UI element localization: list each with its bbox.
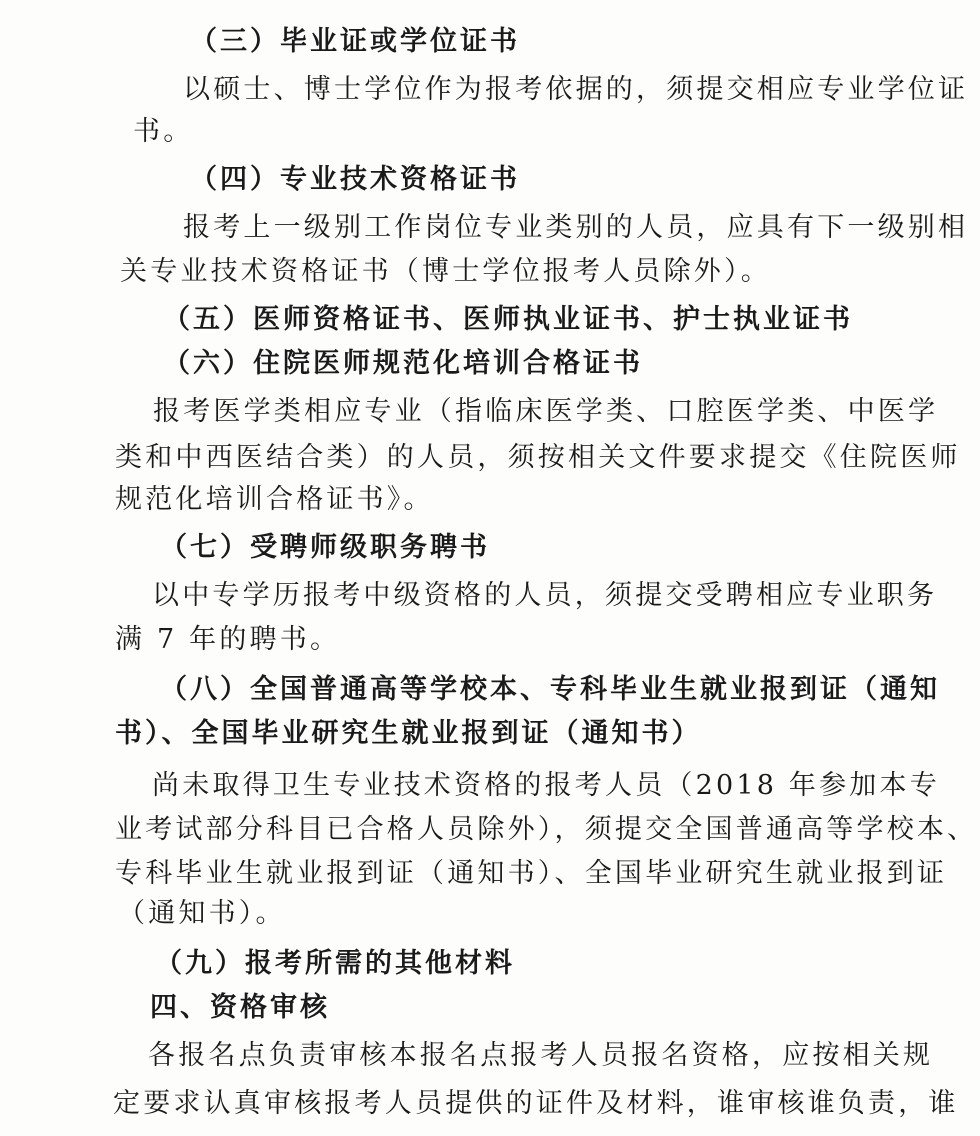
paragraph-line: 各报名点负责审核本报名点报考人员报名资格，应按相关规 bbox=[148, 1039, 933, 1073]
paragraph-line: 关专业技术资格证书（博士学位报考人员除外）。 bbox=[120, 255, 771, 289]
heading-employment-letter: （七）受聘师级职务聘书 bbox=[160, 531, 490, 565]
paragraph-line: 以硕士、博士学位作为报考依据的，须提交相应专业学位证 bbox=[183, 73, 968, 107]
heading-graduation-certificate: （三）毕业证或学位证书 bbox=[190, 25, 520, 59]
document-page: （三）毕业证或学位证书 以硕士、博士学位作为报考依据的，须提交相应专业学位证 书… bbox=[0, 0, 980, 1136]
paragraph-line: 尚未取得卫生专业技术资格的报考人员（2018 年参加本专 bbox=[152, 769, 940, 803]
paragraph-line: 定要求认真审核报考人员提供的证件及材料，谁审核谁负责，谁 bbox=[113, 1087, 959, 1121]
paragraph-line: 专科毕业生就业报到证（通知书）、全国毕业研究生就业报到证 bbox=[115, 857, 947, 891]
paragraph-line: 规范化培训合格证书》。 bbox=[115, 483, 434, 517]
heading-graduate-report-card-cont: 书）、全国毕业研究生就业报到证（通知书） bbox=[115, 717, 702, 751]
paragraph-line: 业考试部分科目已合格人员除外），须提交全国普通高等学校本、 bbox=[115, 813, 977, 847]
paragraph-line: 类和中西医结合类）的人员，须按相关文件要求提交《住院医师 bbox=[115, 441, 961, 475]
section-title-qualification-review: 四、资格审核 bbox=[150, 991, 330, 1025]
heading-graduate-report-card: （八）全国普通高等学校本、专科毕业生就业报到证（通知 bbox=[160, 673, 940, 707]
paragraph-line: 书。 bbox=[133, 115, 193, 149]
heading-physician-certificates: （五）医师资格证书、医师执业证书、护士执业证书 bbox=[163, 303, 853, 337]
heading-professional-qualification: （四）专业技术资格证书 bbox=[190, 163, 520, 197]
paragraph-line: 以中专学历报考中级资格的人员，须提交受聘相应专业职务 bbox=[152, 579, 937, 613]
paragraph-line: （通知书）。 bbox=[118, 897, 286, 931]
paragraph-line: 报考医学类相应专业（指临床医学类、口腔医学类、中医学 bbox=[153, 395, 938, 429]
heading-other-materials: （九）报考所需的其他材料 bbox=[155, 947, 515, 981]
paragraph-line: 报考上一级别工作岗位专业类别的人员，应具有下一级别相 bbox=[183, 211, 968, 245]
paragraph-line: 满 7 年的聘书。 bbox=[115, 623, 340, 657]
heading-residency-training: （六）住院医师规范化培训合格证书 bbox=[163, 347, 643, 381]
